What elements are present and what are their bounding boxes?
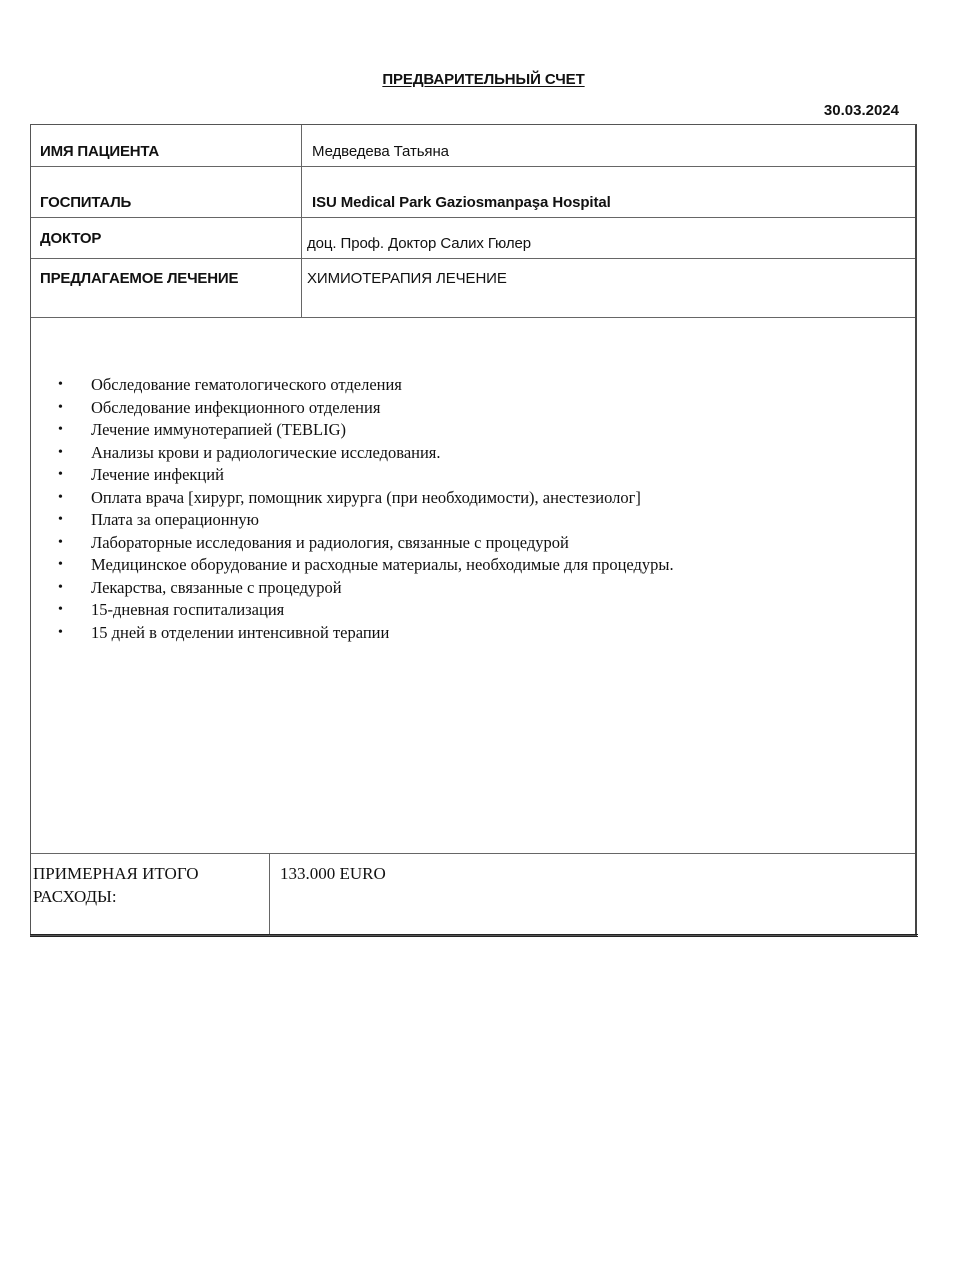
estimate-table: ИМЯ ПАЦИЕНТА Медведева Татьяна ГОСПИТАЛЬ… [30,124,917,936]
bullet-icon: • [58,464,63,487]
document-title-text: ПРЕДВАРИТЕЛЬНЫЙ СЧЕТ [382,71,584,88]
service-item-text: Лечение иммунотерапией (TEBLIG) [91,420,346,439]
patient-value: Медведева Татьяна [312,143,449,160]
patient-label: ИМЯ ПАЦИЕНТА [40,143,159,160]
bullet-icon: • [58,577,63,600]
bullet-icon: • [58,419,63,442]
service-item: •Лекарства, связанные с процедурой [58,577,674,600]
service-item: •Обследование гематологического отделени… [58,374,674,397]
services-list: •Обследование гематологического отделени… [58,374,674,644]
service-item: •Лечение инфекций [58,464,674,487]
column-divider [301,125,302,317]
column-divider [269,853,270,936]
bullet-icon: • [58,532,63,555]
service-item-text: Обследование инфекционного отделения [91,398,380,417]
bullet-icon: • [58,509,63,532]
service-item-text: Лекарства, связанные с процедурой [91,578,342,597]
doctor-value: доц. Проф. Доктор Салих Гюлер [307,235,531,252]
total-value: 133.000 EURO [280,862,386,885]
bullet-icon: • [58,622,63,645]
hospital-value: ISU Medical Park Gaziosmanpaşa Hospital [312,194,611,211]
service-item: •Анализы крови и радиологические исследо… [58,442,674,465]
total-label: ПРИМЕРНАЯ ИТОГО РАСХОДЫ: [33,862,263,908]
service-item: •15 дней в отделении интенсивной терапии [58,622,674,645]
row-divider [31,317,915,318]
service-item-text: Анализы крови и радиологические исследов… [91,443,441,462]
bullet-icon: • [58,397,63,420]
service-item-text: Медицинское оборудование и расходные мат… [91,555,674,574]
bullet-icon: • [58,374,63,397]
document-title: ПРЕДВАРИТЕЛЬНЫЙ СЧЕТ [0,71,954,88]
treatment-label: ПРЕДЛАГАЕМОЕ ЛЕЧЕНИЕ [40,270,238,287]
service-item: •Плата за операционную [58,509,674,532]
service-item-text: Лечение инфекций [91,465,224,484]
service-item-text: Обследование гематологического отделения [91,375,402,394]
service-item-text: 15-дневная госпитализация [91,600,284,619]
service-item: •Обследование инфекционного отделения [58,397,674,420]
service-item-text: 15 дней в отделении интенсивной терапии [91,623,389,642]
service-item: •Оплата врача [хирург, помощник хирурга … [58,487,674,510]
doctor-label: ДОКТОР [40,230,101,247]
treatment-value: ХИМИОТЕРАПИЯ ЛЕЧЕНИЕ [307,270,507,287]
hospital-label: ГОСПИТАЛЬ [40,194,131,211]
service-item: •15-дневная госпитализация [58,599,674,622]
row-divider [31,217,915,218]
bullet-icon: • [58,599,63,622]
document-date: 30.03.2024 [824,102,899,119]
row-divider [31,853,915,854]
row-divider [31,258,915,259]
row-divider [31,166,915,167]
bullet-icon: • [58,487,63,510]
total-label-line1: ПРИМЕРНАЯ ИТОГО [33,862,263,885]
table-bottom-double-rule [30,934,918,937]
service-item: •Медицинское оборудование и расходные ма… [58,554,674,577]
service-item-text: Лабораторные исследования и радиология, … [91,533,569,552]
bullet-icon: • [58,442,63,465]
total-label-line2: РАСХОДЫ: [33,885,263,908]
service-item: •Лабораторные исследования и радиология,… [58,532,674,555]
service-item-text: Плата за операционную [91,510,259,529]
service-item-text: Оплата врача [хирург, помощник хирурга (… [91,488,641,507]
bullet-icon: • [58,554,63,577]
service-item: •Лечение иммунотерапией (TEBLIG) [58,419,674,442]
